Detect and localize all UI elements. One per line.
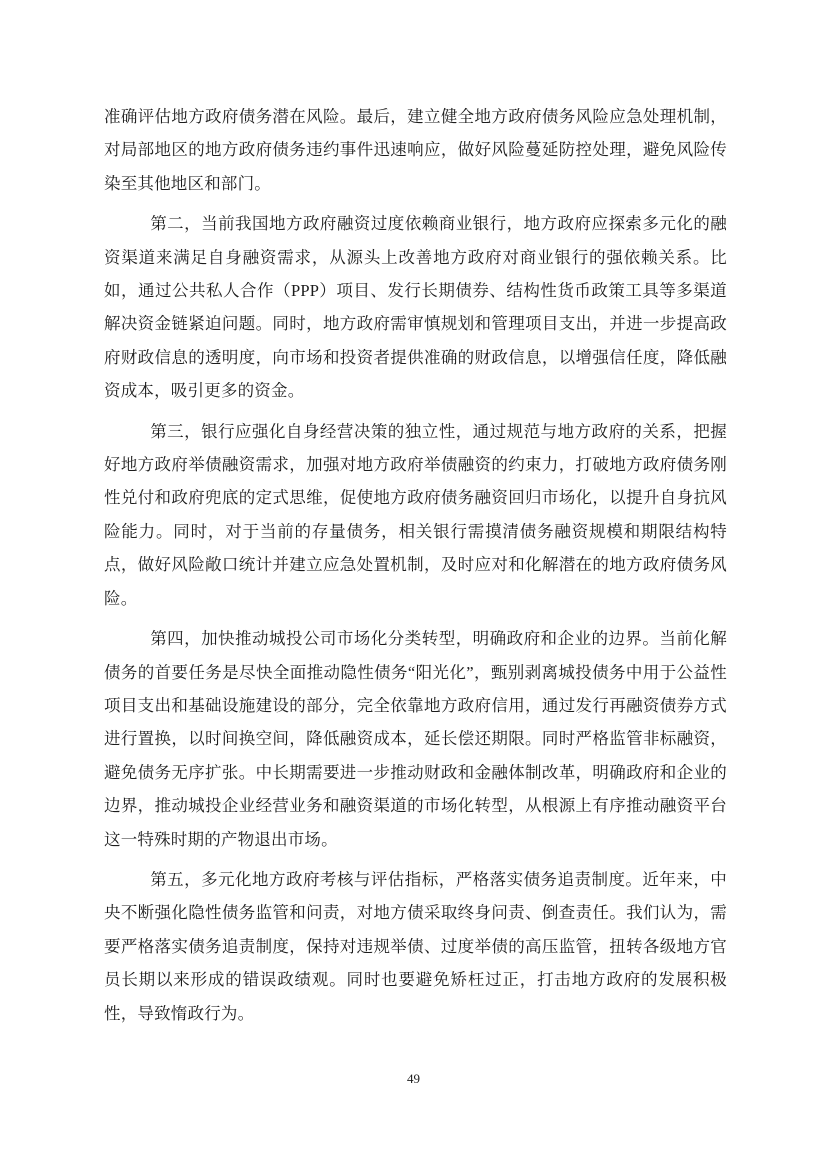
paragraph-second-point-diversified-financing: 第二，当前我国地方政府融资过度依赖商业银行，地方政府应探索多元化的融资渠道来满足… [104,207,727,407]
document-page: 准确评估地方政府债务潜在风险。最后，建立健全地方政府债务风险应急处理机制，对局部… [0,0,827,1169]
paragraph-risk-emergency-handling: 准确评估地方政府债务潜在风险。最后，建立健全地方政府债务风险应急处理机制，对局部… [104,100,727,200]
paragraph-third-point-bank-independence: 第三，银行应强化自身经营决策的独立性，通过规范与地方政府的关系，把握好地方政府举… [104,415,727,615]
page-number: 49 [0,1071,827,1087]
paragraph-fifth-point-accountability: 第五，多元化地方政府考核与评估指标，严格落实债务追责制度。近年来，中央不断强化隐… [104,863,727,1030]
paragraph-fourth-point-lgfv-transformation: 第四，加快推动城投公司市场化分类转型，明确政府和企业的边界。当前化解债务的首要任… [104,622,727,856]
text-body: 准确评估地方政府债务潜在风险。最后，建立健全地方政府债务风险应急处理机制，对局部… [104,100,727,1037]
